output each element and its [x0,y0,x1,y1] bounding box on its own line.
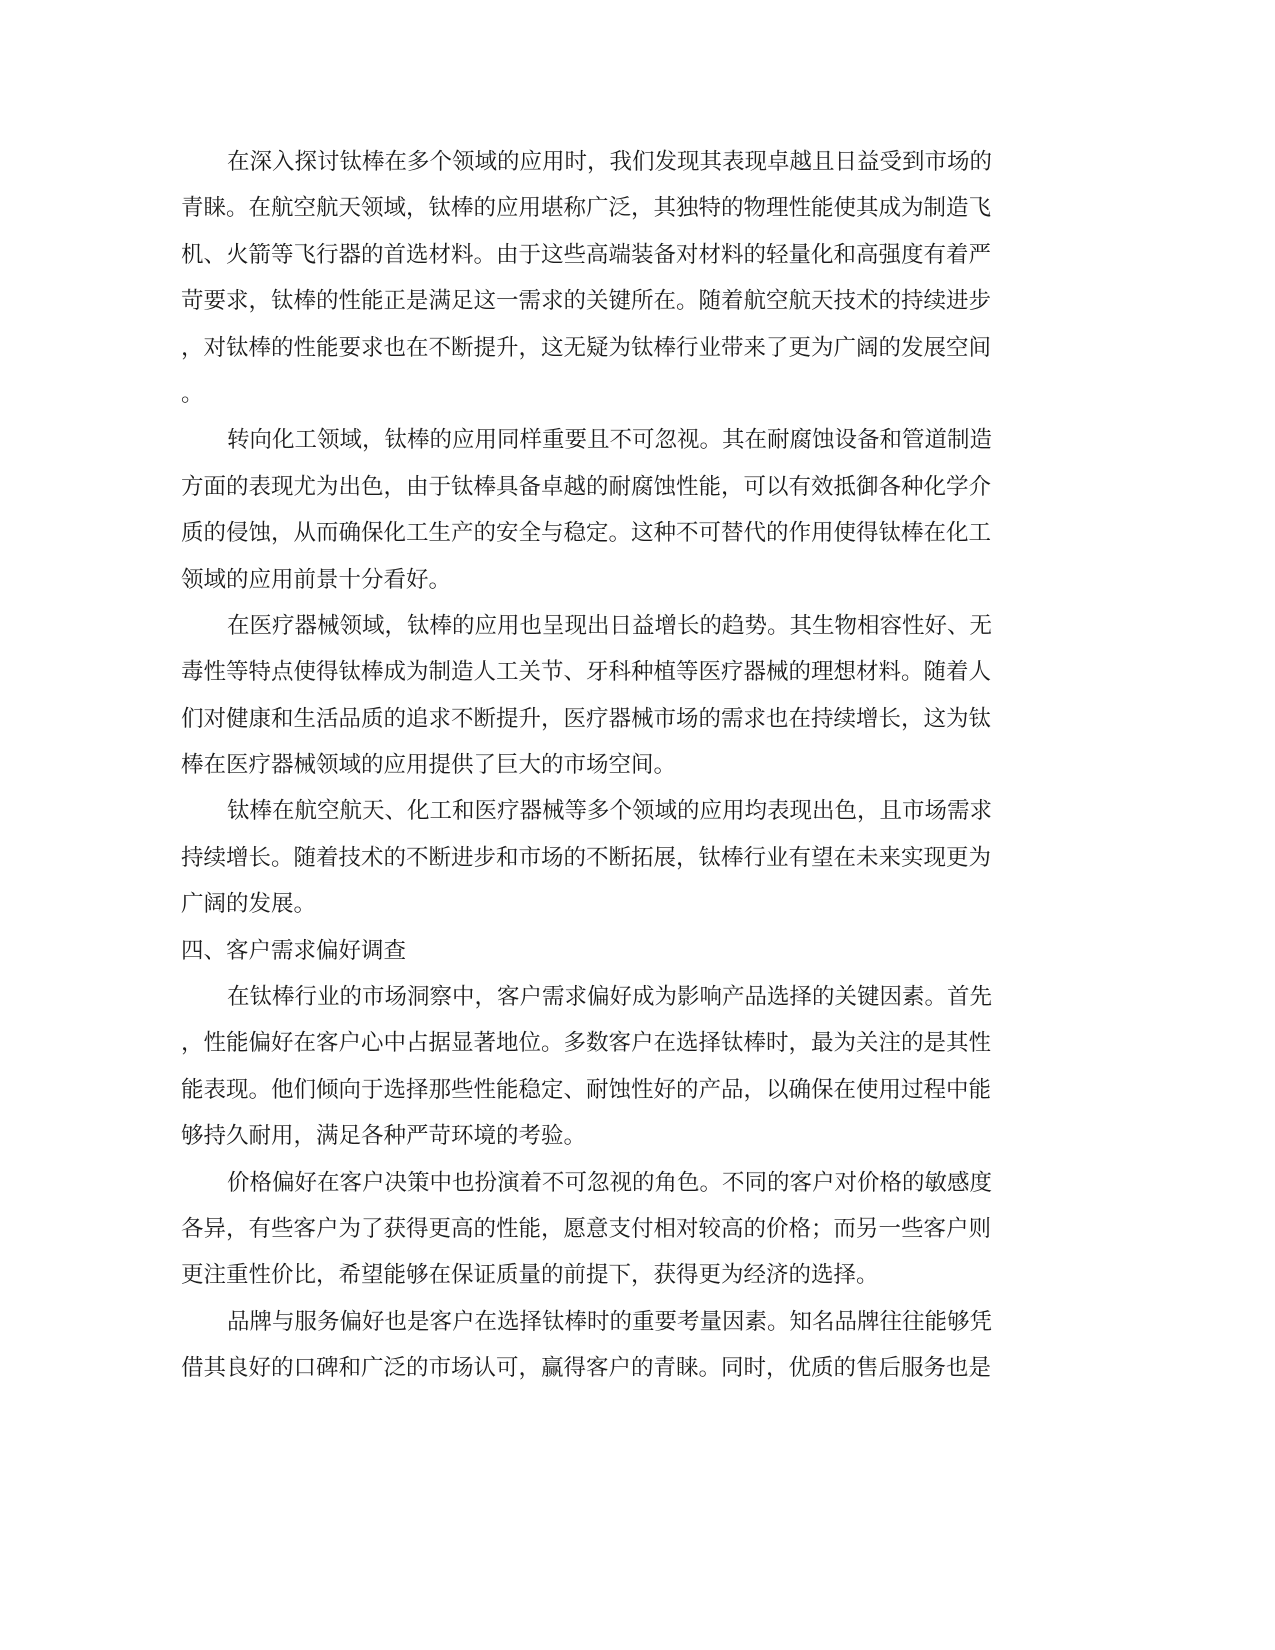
text-line: 钛棒在航空航天、化工和医疗器械等多个领域的应用均表现出色，且市场需求 [181,788,1039,834]
text-line: 品牌与服务偏好也是客户在选择钛棒时的重要考量因素。知名品牌往往能够凭 [181,1299,1039,1345]
text-line: 苛要求，钛棒的性能正是满足这一需求的关键所在。随着航空航天技术的持续进步 [181,278,1039,324]
text-line: 更注重性价比，希望能够在保证质量的前提下，获得更为经济的选择。 [181,1252,1039,1298]
text-line: 机、火箭等飞行器的首选材料。由于这些高端装备对材料的轻量化和高强度有着严 [181,232,1039,278]
text-line: 质的侵蚀，从而确保化工生产的安全与稳定。这种不可替代的作用使得钛棒在化工 [181,510,1039,556]
section-heading: 四、客户需求偏好调查 [181,928,1039,974]
text-line: 们对健康和生活品质的追求不断提升，医疗器械市场的需求也在持续增长，这为钛 [181,696,1039,742]
text-line: 在钛棒行业的市场洞察中，客户需求偏好成为影响产品选择的关键因素。首先 [181,974,1039,1020]
text-line: 青睐。在航空航天领域，钛棒的应用堪称广泛，其独特的物理性能使其成为制造飞 [181,185,1039,231]
text-line: 价格偏好在客户决策中也扮演着不可忽视的角色。不同的客户对价格的敏感度 [181,1160,1039,1206]
text-line: 借其良好的口碑和广泛的市场认可，赢得客户的青睐。同时，优质的售后服务也是 [181,1345,1039,1391]
text-line: ，对钛棒的性能要求也在不断提升，这无疑为钛棒行业带来了更为广阔的发展空间 [181,325,1039,371]
text-line: 毒性等特点使得钛棒成为制造人工关节、牙科种植等医疗器械的理想材料。随着人 [181,649,1039,695]
text-line: 转向化工领域，钛棒的应用同样重要且不可忽视。其在耐腐蚀设备和管道制造 [181,417,1039,463]
text-line: 够持久耐用，满足各种严苛环境的考验。 [181,1113,1039,1159]
document-page: 在深入探讨钛棒在多个领域的应用时，我们发现其表现卓越且日益受到市场的 青睐。在航… [181,139,1039,1392]
text-line: 广阔的发展。 [181,881,1039,927]
text-line: 领域的应用前景十分看好。 [181,557,1039,603]
text-line: 各异，有些客户为了获得更高的性能，愿意支付相对较高的价格；而另一些客户则 [181,1206,1039,1252]
text-line: 持续增长。随着技术的不断进步和市场的不断拓展，钛棒行业有望在未来实现更为 [181,835,1039,881]
text-line: 在深入探讨钛棒在多个领域的应用时，我们发现其表现卓越且日益受到市场的 [181,139,1039,185]
text-line: 方面的表现尤为出色，由于钛棒具备卓越的耐腐蚀性能，可以有效抵御各种化学介 [181,464,1039,510]
text-line: 在医疗器械领域，钛棒的应用也呈现出日益增长的趋势。其生物相容性好、无 [181,603,1039,649]
text-line: ，性能偏好在客户心中占据显著地位。多数客户在选择钛棒时，最为关注的是其性 [181,1020,1039,1066]
text-line: 棒在医疗器械领域的应用提供了巨大的市场空间。 [181,742,1039,788]
text-line: 能表现。他们倾向于选择那些性能稳定、耐蚀性好的产品，以确保在使用过程中能 [181,1067,1039,1113]
text-line: 。 [181,371,1039,417]
